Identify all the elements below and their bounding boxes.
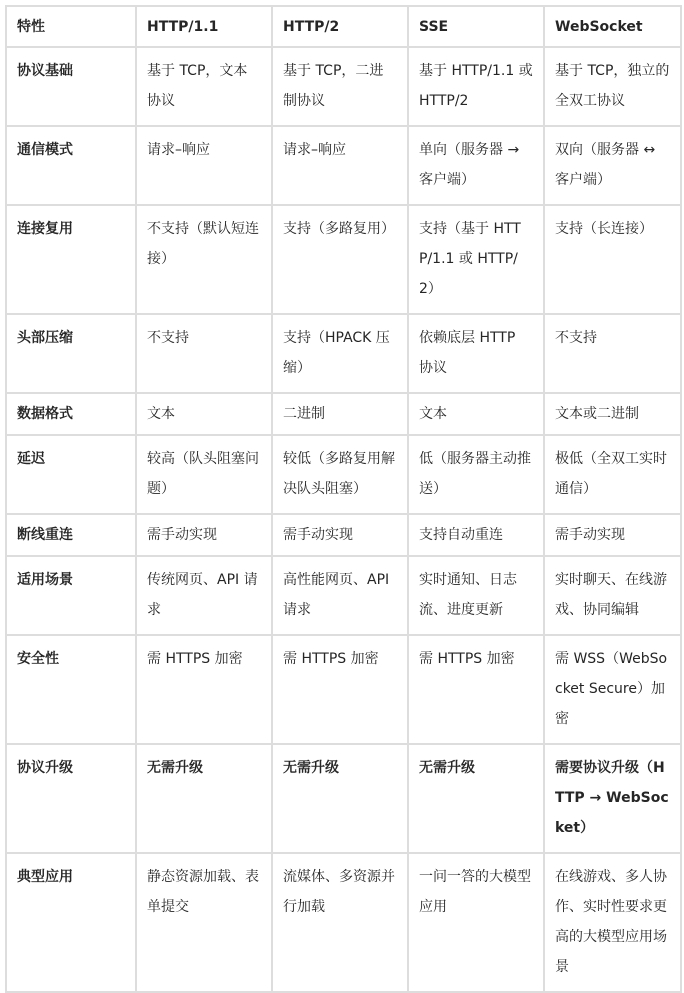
cell-websocket: 需 WSS（WebSocket Secure）加密 <box>544 635 681 744</box>
cell-http1: 传统网页、API 请求 <box>136 556 272 635</box>
header-sse: SSE <box>408 6 544 47</box>
header-websocket: WebSocket <box>544 6 681 47</box>
cell-http2: 需手动实现 <box>272 514 408 556</box>
cell-sse: 单向（服务器 → 客户端） <box>408 126 544 205</box>
cell-sse: 实时通知、日志流、进度更新 <box>408 556 544 635</box>
cell-sse: 需 HTTPS 加密 <box>408 635 544 744</box>
cell-sse: 文本 <box>408 393 544 435</box>
table-row-data-format: 数据格式 文本 二进制 文本 文本或二进制 <box>6 393 681 435</box>
cell-http2: 支持（多路复用） <box>272 205 408 314</box>
cell-http1: 静态资源加载、表单提交 <box>136 853 272 910</box>
cell-sse: 支持自动重连 <box>408 514 544 556</box>
cell-websocket: 双向（服务器 ↔ 客户端） <box>544 126 681 205</box>
cell-sse: 一问一答的大模型应用 <box>408 853 544 910</box>
table-row-typical-apps: 典型应用 静态资源加载、表单提交 流媒体、多资源并行加载 一问一答的大模型应用 … <box>6 853 681 910</box>
row-label: 安全性 <box>6 635 136 744</box>
header-feature: 特性 <box>6 6 136 47</box>
protocol-comparison-table: 特性 HTTP/1.1 HTTP/2 SSE WebSocket 协议基础 基于… <box>5 5 682 910</box>
cell-http2: 高性能网页、API 请求 <box>272 556 408 635</box>
header-http2: HTTP/2 <box>272 6 408 47</box>
row-label: 连接复用 <box>6 205 136 314</box>
cell-http2: 基于 TCP，二进制协议 <box>272 47 408 126</box>
cell-http1: 无需升级 <box>136 744 272 853</box>
row-label: 通信模式 <box>6 126 136 205</box>
table-header-row: 特性 HTTP/1.1 HTTP/2 SSE WebSocket <box>6 6 681 47</box>
table-row-communication-mode: 通信模式 请求–响应 请求–响应 单向（服务器 → 客户端） 双向（服务器 ↔ … <box>6 126 681 205</box>
comparison-table-container: 特性 HTTP/1.1 HTTP/2 SSE WebSocket 协议基础 基于… <box>5 5 682 910</box>
cell-http1: 需手动实现 <box>136 514 272 556</box>
cell-sse: 无需升级 <box>408 744 544 853</box>
cell-sse: 低（服务器主动推送） <box>408 435 544 514</box>
cell-sse: 基于 HTTP/1.1 或 HTTP/2 <box>408 47 544 126</box>
row-label: 协议基础 <box>6 47 136 126</box>
row-label: 断线重连 <box>6 514 136 556</box>
row-label: 数据格式 <box>6 393 136 435</box>
header-http1: HTTP/1.1 <box>136 6 272 47</box>
cell-http2: 支持（HPACK 压缩） <box>272 314 408 393</box>
row-label: 典型应用 <box>6 853 136 910</box>
cell-http1: 较高（队头阻塞问题） <box>136 435 272 514</box>
cell-websocket: 支持（长连接） <box>544 205 681 314</box>
cell-http2: 请求–响应 <box>272 126 408 205</box>
table-row-connection-reuse: 连接复用 不支持（默认短连接） 支持（多路复用） 支持（基于 HTTP/1.1 … <box>6 205 681 314</box>
cell-websocket: 需要协议升级（HTTP → WebSocket） <box>544 744 681 853</box>
cell-websocket: 实时聊天、在线游戏、协同编辑 <box>544 556 681 635</box>
cell-websocket: 在线游戏、多人协作、实时性要求更高的大模型应用场景 <box>544 853 681 910</box>
cell-sse: 支持（基于 HTTP/1.1 或 HTTP/2） <box>408 205 544 314</box>
cell-http2: 较低（多路复用解决队头阻塞） <box>272 435 408 514</box>
table-row-reconnect: 断线重连 需手动实现 需手动实现 支持自动重连 需手动实现 <box>6 514 681 556</box>
cell-http2: 二进制 <box>272 393 408 435</box>
table-row-use-cases: 适用场景 传统网页、API 请求 高性能网页、API 请求 实时通知、日志流、进… <box>6 556 681 635</box>
cell-http2: 无需升级 <box>272 744 408 853</box>
row-label: 延迟 <box>6 435 136 514</box>
cell-websocket: 文本或二进制 <box>544 393 681 435</box>
row-label: 适用场景 <box>6 556 136 635</box>
cell-http2: 需 HTTPS 加密 <box>272 635 408 744</box>
table-row-latency: 延迟 较高（队头阻塞问题） 较低（多路复用解决队头阻塞） 低（服务器主动推送） … <box>6 435 681 514</box>
row-label: 头部压缩 <box>6 314 136 393</box>
table-row-header-compression: 头部压缩 不支持 支持（HPACK 压缩） 依赖底层 HTTP 协议 不支持 <box>6 314 681 393</box>
table-row-security: 安全性 需 HTTPS 加密 需 HTTPS 加密 需 HTTPS 加密 需 W… <box>6 635 681 744</box>
cell-http1: 请求–响应 <box>136 126 272 205</box>
cell-websocket: 不支持 <box>544 314 681 393</box>
table-row-protocol-basis: 协议基础 基于 TCP，文本协议 基于 TCP，二进制协议 基于 HTTP/1.… <box>6 47 681 126</box>
cell-websocket: 基于 TCP，独立的全双工协议 <box>544 47 681 126</box>
row-label: 协议升级 <box>6 744 136 853</box>
cell-http1: 不支持（默认短连接） <box>136 205 272 314</box>
cell-http1: 不支持 <box>136 314 272 393</box>
cell-http1: 需 HTTPS 加密 <box>136 635 272 744</box>
cell-sse: 依赖底层 HTTP 协议 <box>408 314 544 393</box>
cell-websocket: 需手动实现 <box>544 514 681 556</box>
cell-http1: 文本 <box>136 393 272 435</box>
cell-http1: 基于 TCP，文本协议 <box>136 47 272 126</box>
cell-websocket: 极低（全双工实时通信） <box>544 435 681 514</box>
cell-http2: 流媒体、多资源并行加载 <box>272 853 408 910</box>
table-row-protocol-upgrade: 协议升级 无需升级 无需升级 无需升级 需要协议升级（HTTP → WebSoc… <box>6 744 681 853</box>
